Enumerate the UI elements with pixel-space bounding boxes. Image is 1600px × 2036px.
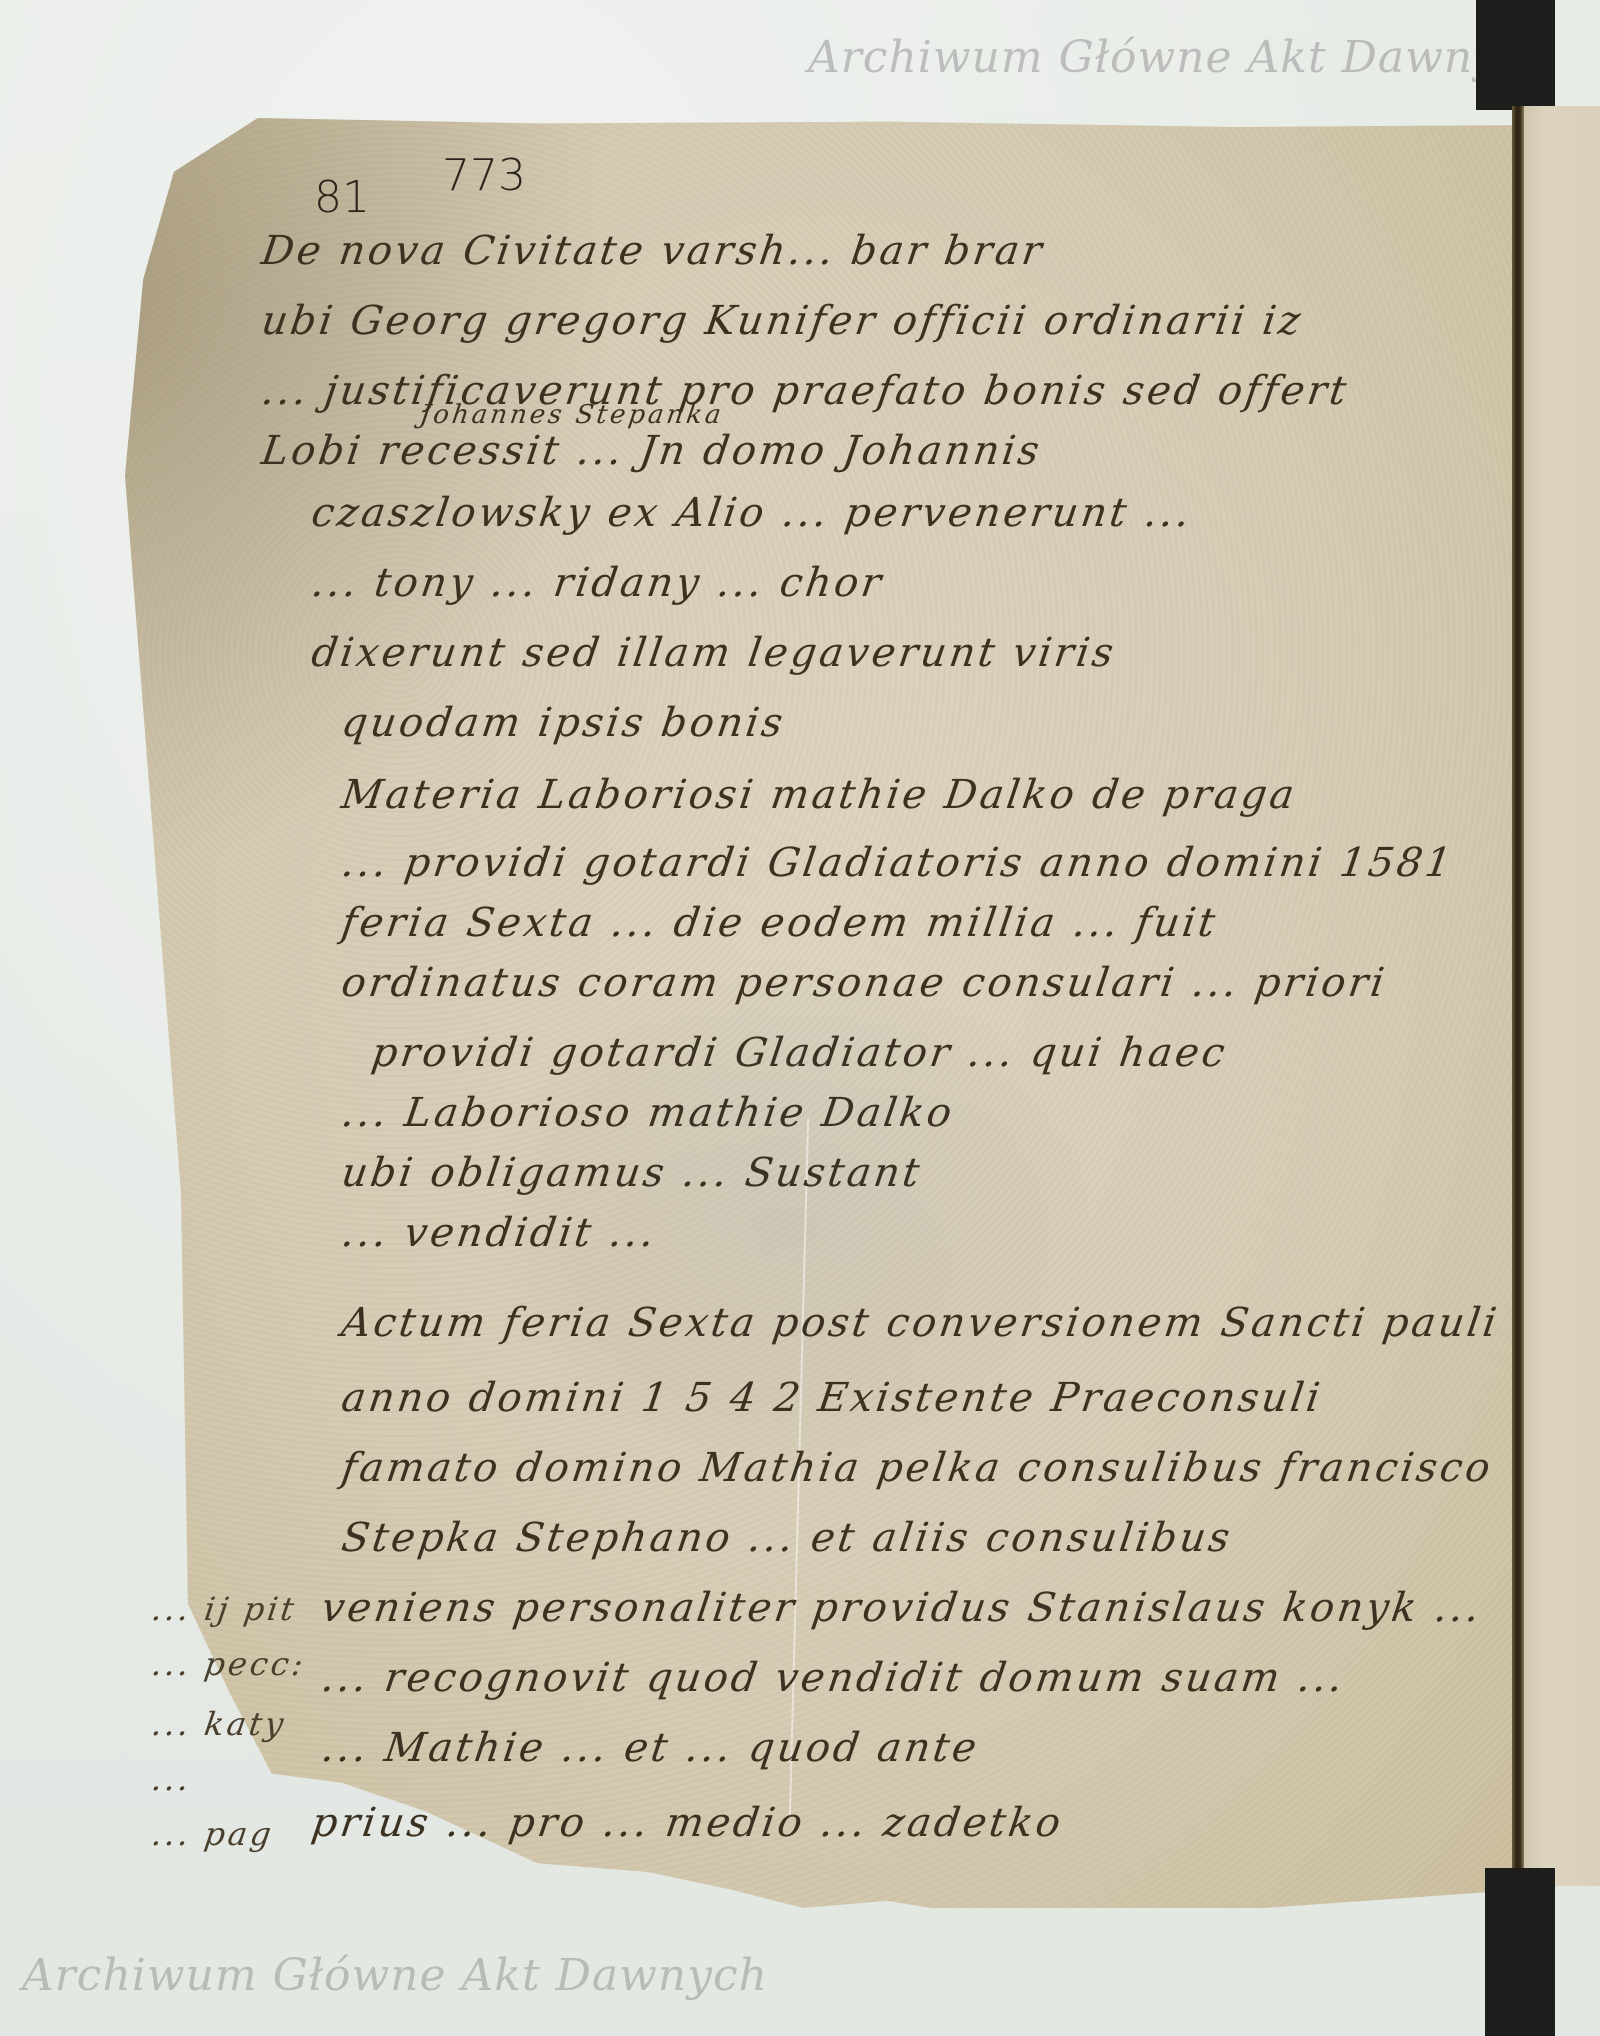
manuscript-line: Actum feria Sexta post conversionem Sanc… [339,1300,1502,1346]
manuscript-line: czaszlowsky ex Alio ... pervenerunt ... [309,490,1195,536]
book-gutter [1512,106,1524,1886]
manuscript-line: ... tony ... ridany ... chor [309,560,887,606]
margin-note: ... ij pit [149,1590,299,1628]
manuscript-line: feria Sexta ... die eodem millia ... fui… [339,900,1221,946]
manuscript-line: ... Mathie ... et ... quod ante [319,1725,982,1771]
margin-note: ... pecc: [149,1645,308,1683]
margin-note: ... [149,1760,194,1798]
archive-watermark-bottom: Archiwum Główne Akt Dawnych [22,1950,768,2001]
manuscript-line: ... providi gotardi Gladiatoris anno dom… [339,840,1457,886]
manuscript-line: ... Laborioso mathie Dalko [339,1090,958,1136]
manuscript-line: ... recognovit quod vendidit domum suam … [319,1655,1349,1701]
facing-page-edge [1522,106,1600,1886]
manuscript-line: quodam ipsis bonis [339,700,789,746]
margin-note: ... pag [149,1815,276,1853]
manuscript-line: famato domino Mathia pelka consulibus fr… [339,1445,1496,1491]
manuscript-line: Stepka Stephano ... et aliis consulibus [339,1515,1236,1561]
manuscript-line: ubi obligamus ... Sustant [339,1150,925,1196]
manuscript-line: ... vendidit ... [339,1210,660,1256]
manuscript-line: De nova Civitate varsh... bar brar [259,228,1048,274]
manuscript-line: dixerunt sed illam legaverunt viris [309,630,1119,676]
manuscript-line: veniens personaliter providus Stanislaus… [319,1585,1485,1631]
manuscript-line: prius ... pro ... medio ... zadetko [309,1800,1066,1846]
manuscript-line: Johannes Stepanka [418,400,726,430]
margin-note: ... katy [149,1705,288,1743]
folio-number: 773 [442,150,526,201]
old-folio-number: 81 [314,172,370,223]
binding-strip-bottom [1485,1868,1555,2036]
manuscript-line: ordinatus coram personae consulari ... p… [339,960,1390,1006]
binding-strip-top [1476,0,1555,110]
manuscript-line: providi gotardi Gladiator ... qui haec [369,1030,1231,1076]
manuscript-line: anno domini 1 5 4 2 Existente Praeconsul… [339,1375,1326,1421]
manuscript-line: Lobi recessit ... Jn domo Johannis [259,428,1045,474]
manuscript-line: Materia Laboriosi mathie Dalko de praga [339,772,1300,818]
archive-watermark-top: Archiwum Główne Akt Dawnych [808,32,1554,83]
manuscript-line: ubi Georg gregorg Kunifer officii ordina… [259,298,1306,344]
